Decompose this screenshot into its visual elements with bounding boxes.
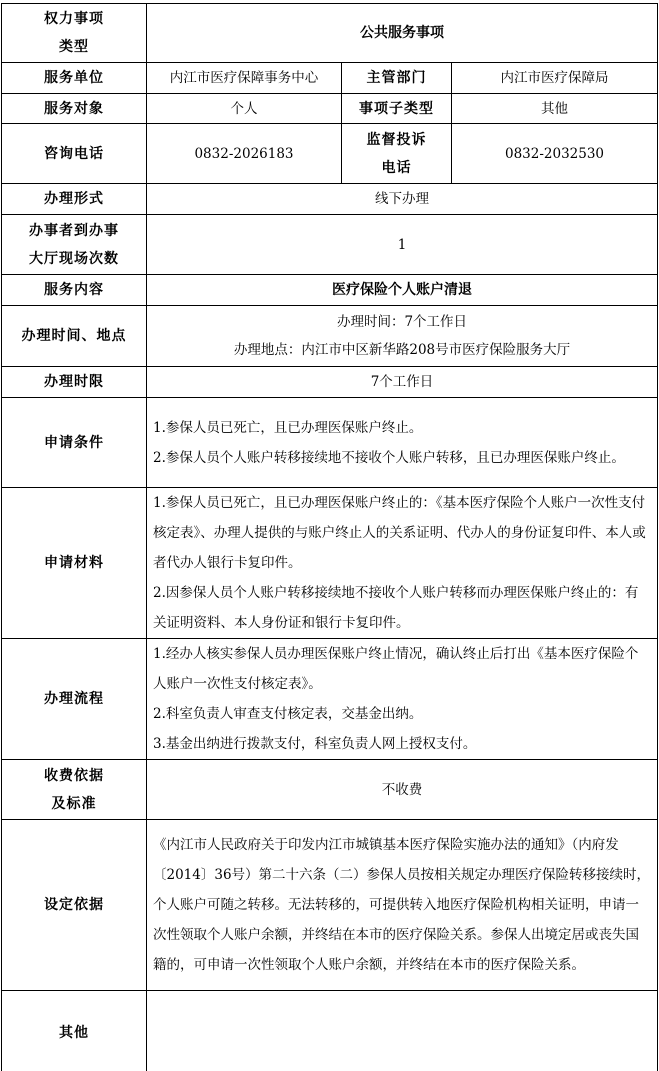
sub-type-value: 其他 [452, 94, 658, 124]
row-service-unit: 服务单位 内江市医疗保障事务中心 主管部门 内江市医疗保障局 [2, 63, 658, 94]
time-limit-label: 办理时限 [2, 367, 147, 398]
handling-form-label: 办理形式 [2, 184, 147, 215]
row-visits: 办事者到办事 大厅现场次数 1 [2, 215, 658, 275]
process-step: 1.经办人核实参保人员办理医保账户终止情况，确认终止后打出《基本医疗保险个人账户… [153, 639, 651, 699]
visits-label: 办事者到办事 大厅现场次数 [2, 215, 147, 275]
process-step: 2.科室负责人审查支付核定表，交基金出纳。 [153, 699, 651, 729]
label-line: 办事者到办事 [8, 217, 140, 245]
label-line: 大厅现场次数 [8, 245, 140, 273]
row-power-type: 权力事项 类型 公共服务事项 [2, 4, 658, 63]
service-unit-label: 服务单位 [2, 63, 147, 94]
row-materials: 申请材料 1.参保人员已死亡，且已办理医保账户终止的：《基本医疗保险个人账户一次… [2, 488, 658, 639]
process-label: 办理流程 [2, 639, 147, 760]
materials-label: 申请材料 [2, 488, 147, 639]
basis-label: 设定依据 [2, 820, 147, 991]
row-service-content: 服务内容 医疗保险个人账户清退 [2, 275, 658, 306]
power-type-label: 权力事项 类型 [2, 4, 147, 63]
fee-value: 不收费 [147, 760, 658, 820]
conditions-value: 1.参保人员已死亡，且已办理医保账户终止。 2.参保人员个人账户转移接续地不接收… [147, 398, 658, 488]
consult-phone-label: 咨询电话 [2, 124, 147, 184]
row-consult-phone: 咨询电话 0832-2026183 监督投诉 电话 0832-2032530 [2, 124, 658, 184]
service-unit-value: 内江市医疗保障事务中心 [147, 63, 342, 94]
row-fee: 收费依据 及标准 不收费 [2, 760, 658, 820]
label-line: 类型 [8, 33, 140, 61]
visits-value: 1 [147, 215, 658, 275]
label-line: 监督投诉 [348, 126, 445, 154]
conditions-label: 申请条件 [2, 398, 147, 488]
label-line: 权力事项 [8, 5, 140, 33]
time-limit-value: 7个工作日 [147, 367, 658, 398]
process-step: 3.基金出纳进行拨款支付，科室负责人网上授权支付。 [153, 729, 651, 759]
material-item: 2.因参保人员个人账户转移接续地不接收个人账户转移而办理医保账户终止的：有关证明… [153, 578, 651, 638]
time-place-value: 办理时间：7个工作日 办理地点：内江市中区新华路208号市医疗保险服务大厅 [147, 306, 658, 367]
power-type-value: 公共服务事项 [147, 4, 658, 63]
row-process: 办理流程 1.经办人核实参保人员办理医保账户终止情况，确认终止后打出《基本医疗保… [2, 639, 658, 760]
row-handling-form: 办理形式 线下办理 [2, 184, 658, 215]
handling-time: 办理时间：7个工作日 [153, 308, 651, 336]
row-service-target: 服务对象 个人 事项子类型 其他 [2, 94, 658, 124]
row-other: 其他 [2, 991, 658, 1071]
complaint-phone-value: 0832-2032530 [452, 124, 658, 184]
process-value: 1.经办人核实参保人员办理医保账户终止情况，确认终止后打出《基本医疗保险个人账户… [147, 639, 658, 760]
fee-label: 收费依据 及标准 [2, 760, 147, 820]
row-time-place: 办理时间、地点 办理时间：7个工作日 办理地点：内江市中区新华路208号市医疗保… [2, 306, 658, 367]
supervising-dept-value: 内江市医疗保障局 [452, 63, 658, 94]
complaint-phone-label: 监督投诉 电话 [342, 124, 452, 184]
row-time-limit: 办理时限 7个工作日 [2, 367, 658, 398]
row-conditions: 申请条件 1.参保人员已死亡，且已办理医保账户终止。 2.参保人员个人账户转移接… [2, 398, 658, 488]
label-line: 收费依据 [8, 762, 140, 790]
supervising-dept-label: 主管部门 [342, 63, 452, 94]
other-value [147, 991, 658, 1071]
material-item: 1.参保人员已死亡，且已办理医保账户终止的：《基本医疗保险个人账户一次性支付核定… [153, 488, 651, 578]
handling-place: 办理地点：内江市中区新华路208号市医疗保险服务大厅 [153, 336, 651, 364]
label-line: 电话 [348, 154, 445, 182]
time-place-label: 办理时间、地点 [2, 306, 147, 367]
materials-value: 1.参保人员已死亡，且已办理医保账户终止的：《基本医疗保险个人账户一次性支付核定… [147, 488, 658, 639]
service-item-table: 权力事项 类型 公共服务事项 服务单位 内江市医疗保障事务中心 主管部门 内江市… [1, 3, 658, 1071]
label-line: 及标准 [8, 790, 140, 818]
other-label: 其他 [2, 991, 147, 1071]
handling-form-value: 线下办理 [147, 184, 658, 215]
condition-item: 1.参保人员已死亡，且已办理医保账户终止。 [153, 413, 651, 443]
service-content-value: 医疗保险个人账户清退 [147, 275, 658, 306]
consult-phone-value: 0832-2026183 [147, 124, 342, 184]
service-target-value: 个人 [147, 94, 342, 124]
service-target-label: 服务对象 [2, 94, 147, 124]
sub-type-label: 事项子类型 [342, 94, 452, 124]
condition-item: 2.参保人员个人账户转移接续地不接收个人账户转移，且已办理医保账户终止。 [153, 443, 651, 473]
basis-value: 《内江市人民政府关于印发内江市城镇基本医疗保险实施办法的通知》（内府发〔2014… [147, 820, 658, 991]
row-basis: 设定依据 《内江市人民政府关于印发内江市城镇基本医疗保险实施办法的通知》（内府发… [2, 820, 658, 991]
service-content-label: 服务内容 [2, 275, 147, 306]
